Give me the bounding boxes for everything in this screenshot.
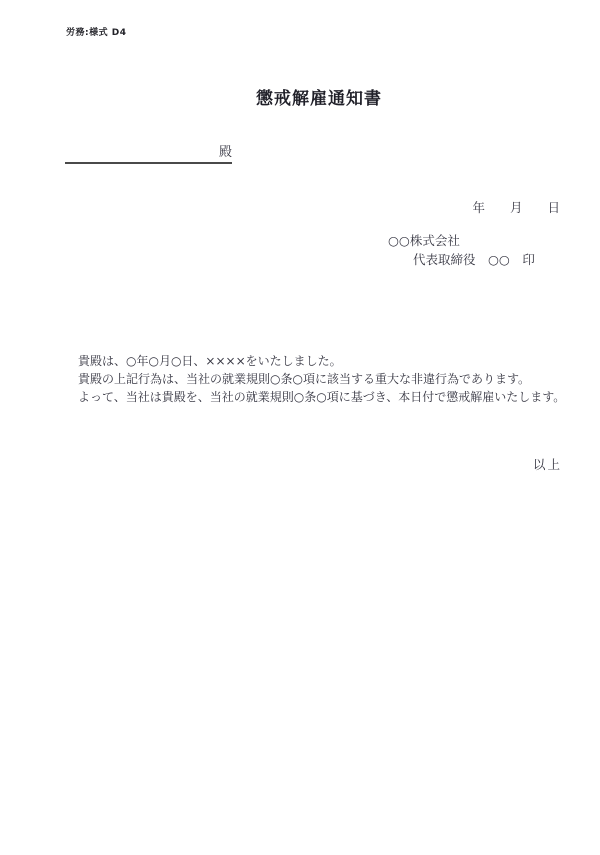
date-line: 年 月 日 <box>65 198 560 216</box>
recipient-name-blank-underline: 殿 <box>65 144 232 164</box>
document-page: 労務:様式 D4 懲戒解雇通知書 殿 年 月 日 ○○株式会社 代表取締役 ○○… <box>0 0 600 855</box>
document-title: 懲戒解雇通知書 <box>65 84 573 109</box>
sender-company-name: ○○株式会社 <box>388 231 460 249</box>
body-line: よって、当社は貴殿を、当社の就業規則○条○項に基づき、本日付で懲戒解雇いたします… <box>78 388 565 406</box>
body-paragraph: 貴殿は、○年○月○日、××××をいたしました。 貴殿の上記行為は、当社の就業規則… <box>78 352 565 406</box>
recipient-honorific: 殿 <box>219 145 232 160</box>
body-line: 貴殿は、○年○月○日、××××をいたしました。 <box>78 352 565 370</box>
form-code-label: 労務:様式 D4 <box>66 25 126 38</box>
body-line: 貴殿の上記行為は、当社の就業規則○条○項に該当する重大な非違行為であります。 <box>78 370 565 388</box>
closing-label: 以上 <box>65 455 562 473</box>
sender-representative-seal-line: 代表取締役 ○○ 印 <box>413 250 535 268</box>
